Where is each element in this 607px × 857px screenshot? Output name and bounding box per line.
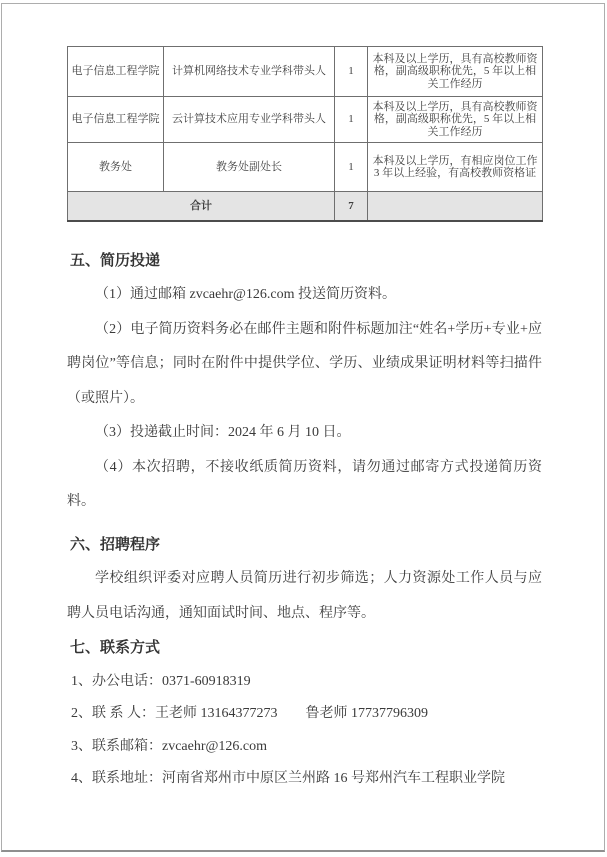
count-cell: 1 [335,47,368,97]
table-row: 教务处 教务处副处长 1 本科及以上学历，有相应岗位工作 3 年以上经验，有高校… [68,143,543,192]
total-note-cell [368,192,543,221]
table-row: 电子信息工程学院 云计算技术应用专业学科带头人 1 本科及以上学历，具有高校教师… [68,97,543,143]
document-page: 电子信息工程学院 计算机网络技术专业学科带头人 1 本科及以上学历，具有高校教师… [67,46,542,796]
contact-persons: 2、联 系 人：王老师 13164377273 鲁老师 17737796309 [67,698,542,731]
procedure-body: 学校组织评委对应聘人员简历进行初步筛选；人力资源处工作人员与应聘人员电话沟通，通… [67,562,542,631]
total-label-cell: 合计 [68,192,335,221]
resume-item-3: （3）投递截止时间：2024 年 6 月 10 日。 [67,416,542,451]
dept-cell: 电子信息工程学院 [68,97,164,143]
section-title-resume-submission: 五、简历投递 [67,244,542,279]
resume-item-2: （2）电子简历资料务必在邮件主题和附件标题加注“姓名+学历+专业+应聘岗位”等信… [67,313,542,417]
table-row: 电子信息工程学院 计算机网络技术专业学科带头人 1 本科及以上学历，具有高校教师… [68,47,543,97]
table-total-row: 合计 7 [68,192,543,221]
section-title-contact-info: 七、联系方式 [67,631,542,666]
requirement-cell: 本科及以上学历，具有高校教师资格，副高级职称优先，5 年以上相关工作经历 [368,47,543,97]
resume-item-1: （1）通过邮箱 zvcaehr@126.com 投送简历资料。 [67,278,542,313]
count-cell: 1 [335,97,368,143]
count-cell: 1 [335,143,368,192]
position-cell: 教务处副处长 [164,143,335,192]
dept-cell: 电子信息工程学院 [68,47,164,97]
section-title-recruitment-procedure: 六、招聘程序 [67,528,542,563]
position-cell: 计算机网络技术专业学科带头人 [164,47,335,97]
total-count-cell: 7 [335,192,368,221]
contact-address: 4、联系地址：河南省郑州市中原区兰州路 16 号郑州汽车工程职业学院 [67,763,542,796]
dept-cell: 教务处 [68,143,164,192]
contact-email: 3、联系邮箱：zvcaehr@126.com [67,731,542,764]
contact-office-phone: 1、办公电话：0371-60918319 [67,666,542,699]
recruitment-positions-table: 电子信息工程学院 计算机网络技术专业学科带头人 1 本科及以上学历，具有高校教师… [67,46,543,222]
position-cell: 云计算技术应用专业学科带头人 [164,97,335,143]
requirement-cell: 本科及以上学历，具有高校教师资格，副高级职称优先，5 年以上相关工作经历 [368,97,543,143]
requirement-cell: 本科及以上学历，有相应岗位工作 3 年以上经验，有高校教师资格证 [368,143,543,192]
resume-item-4: （4）本次招聘，不接收纸质简历资料，请勿通过邮寄方式投递简历资料。 [67,451,542,520]
